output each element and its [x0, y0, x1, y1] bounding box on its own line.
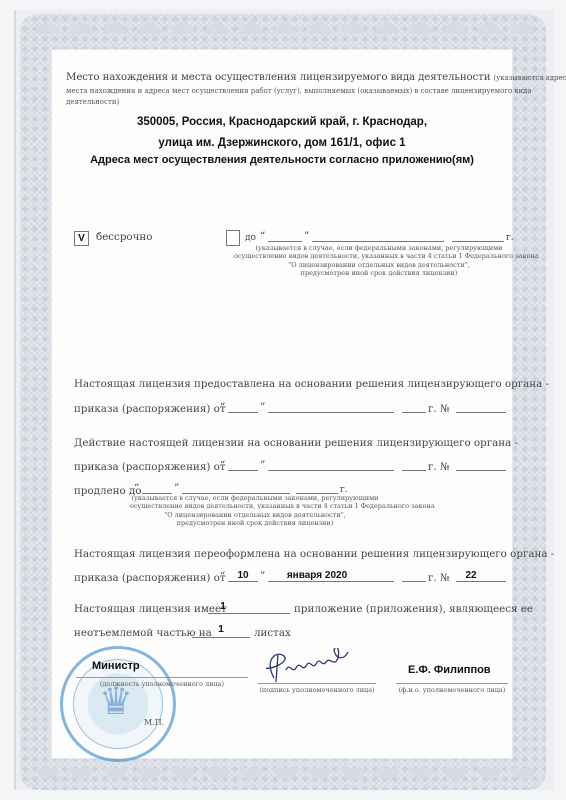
until-label: до	[245, 233, 256, 243]
sheets-count-field[interactable]	[192, 637, 250, 638]
validity-number-field[interactable]	[456, 470, 506, 471]
header-note-line3: деятельности)	[66, 98, 119, 106]
extended-note: (указывается в случае, если федеральными…	[130, 494, 380, 528]
reissued-number-field[interactable]	[456, 581, 506, 582]
appendix-count-field[interactable]	[208, 613, 290, 614]
reissued-day-field[interactable]	[228, 581, 258, 582]
validity-month-field[interactable]	[268, 470, 394, 471]
granted-number-field[interactable]	[456, 412, 506, 413]
validity-order-prefix: приказа (распоряжения) от	[74, 461, 226, 473]
header-note-line2: места нахождения и адреса мест осуществл…	[66, 87, 532, 95]
granted-order-prefix: приказа (распоряжения) от	[74, 403, 226, 415]
granted-month-field[interactable]	[268, 412, 394, 413]
reissued-day: 10	[228, 570, 258, 581]
signature-line	[258, 683, 376, 684]
validity-day-field[interactable]	[228, 470, 258, 471]
reissued-line-1: Настоящая лицензия переоформлена на осно…	[74, 548, 554, 560]
signature-caption: (подпись уполномоченного лица)	[258, 686, 376, 694]
position-line	[76, 677, 248, 678]
reissued-year-field[interactable]	[402, 581, 426, 582]
granted-day-field[interactable]	[228, 412, 258, 413]
reissued-order-prefix: приказа (распоряжения) от	[74, 572, 226, 584]
quote-open: “	[260, 230, 265, 242]
handwritten-signature	[256, 648, 376, 684]
address-line-3: Адреса мест осуществления деятельности с…	[52, 154, 512, 166]
stamp-mark: М.П.	[144, 718, 164, 727]
until-month-field[interactable]	[312, 241, 444, 242]
sheets-suffix: листах	[254, 627, 291, 639]
signer-position: Министр	[92, 660, 140, 672]
indefinite-checkbox[interactable]: V	[74, 231, 89, 246]
validity-year-field[interactable]	[402, 470, 426, 471]
term-note: (указывается в случае, если федеральными…	[234, 244, 524, 278]
name-caption: (ф.и.о. уполномоченного лица)	[396, 686, 508, 694]
reissued-month-year: января 2020	[262, 570, 372, 581]
name-line	[396, 683, 508, 684]
border-scallop-top	[30, 10, 536, 34]
quote-close: ”	[304, 230, 309, 242]
reissued-number: 22	[456, 570, 486, 581]
address-line-1: 350005, Россия, Краснодарский край, г. К…	[52, 116, 512, 128]
granted-line-1: Настоящая лицензия предоставлена на осно…	[74, 378, 549, 390]
until-year-field[interactable]	[452, 241, 504, 242]
position-caption: (должность уполномоченного лица)	[76, 680, 248, 688]
granted-number-label: г. №	[428, 403, 450, 415]
sheets-count: 1	[192, 624, 250, 635]
address-line-2: улица им. Дзержинского, дом 161/1, офис …	[52, 137, 512, 149]
validity-number-label: г. №	[428, 461, 450, 473]
appendix-prefix: Настоящая лицензия имеет	[74, 603, 227, 615]
signer-name: Е.Ф. Филиппов	[408, 664, 491, 676]
header-title: Место нахождения и места осуществления л…	[66, 72, 566, 83]
appendix-count: 1	[208, 601, 238, 612]
reissued-number-label: г. №	[428, 572, 450, 584]
granted-year-field[interactable]	[402, 412, 426, 413]
appendix-suffix: приложение (приложения), являющееся ее	[294, 603, 533, 615]
border-scallop-bottom	[30, 768, 536, 792]
year-suffix: г.	[506, 233, 514, 243]
until-day-field[interactable]	[268, 241, 302, 242]
reissued-month-field[interactable]	[268, 581, 394, 582]
validity-line-1: Действие настоящей лицензии на основании…	[74, 437, 518, 449]
indefinite-label: бессрочно	[96, 231, 153, 243]
